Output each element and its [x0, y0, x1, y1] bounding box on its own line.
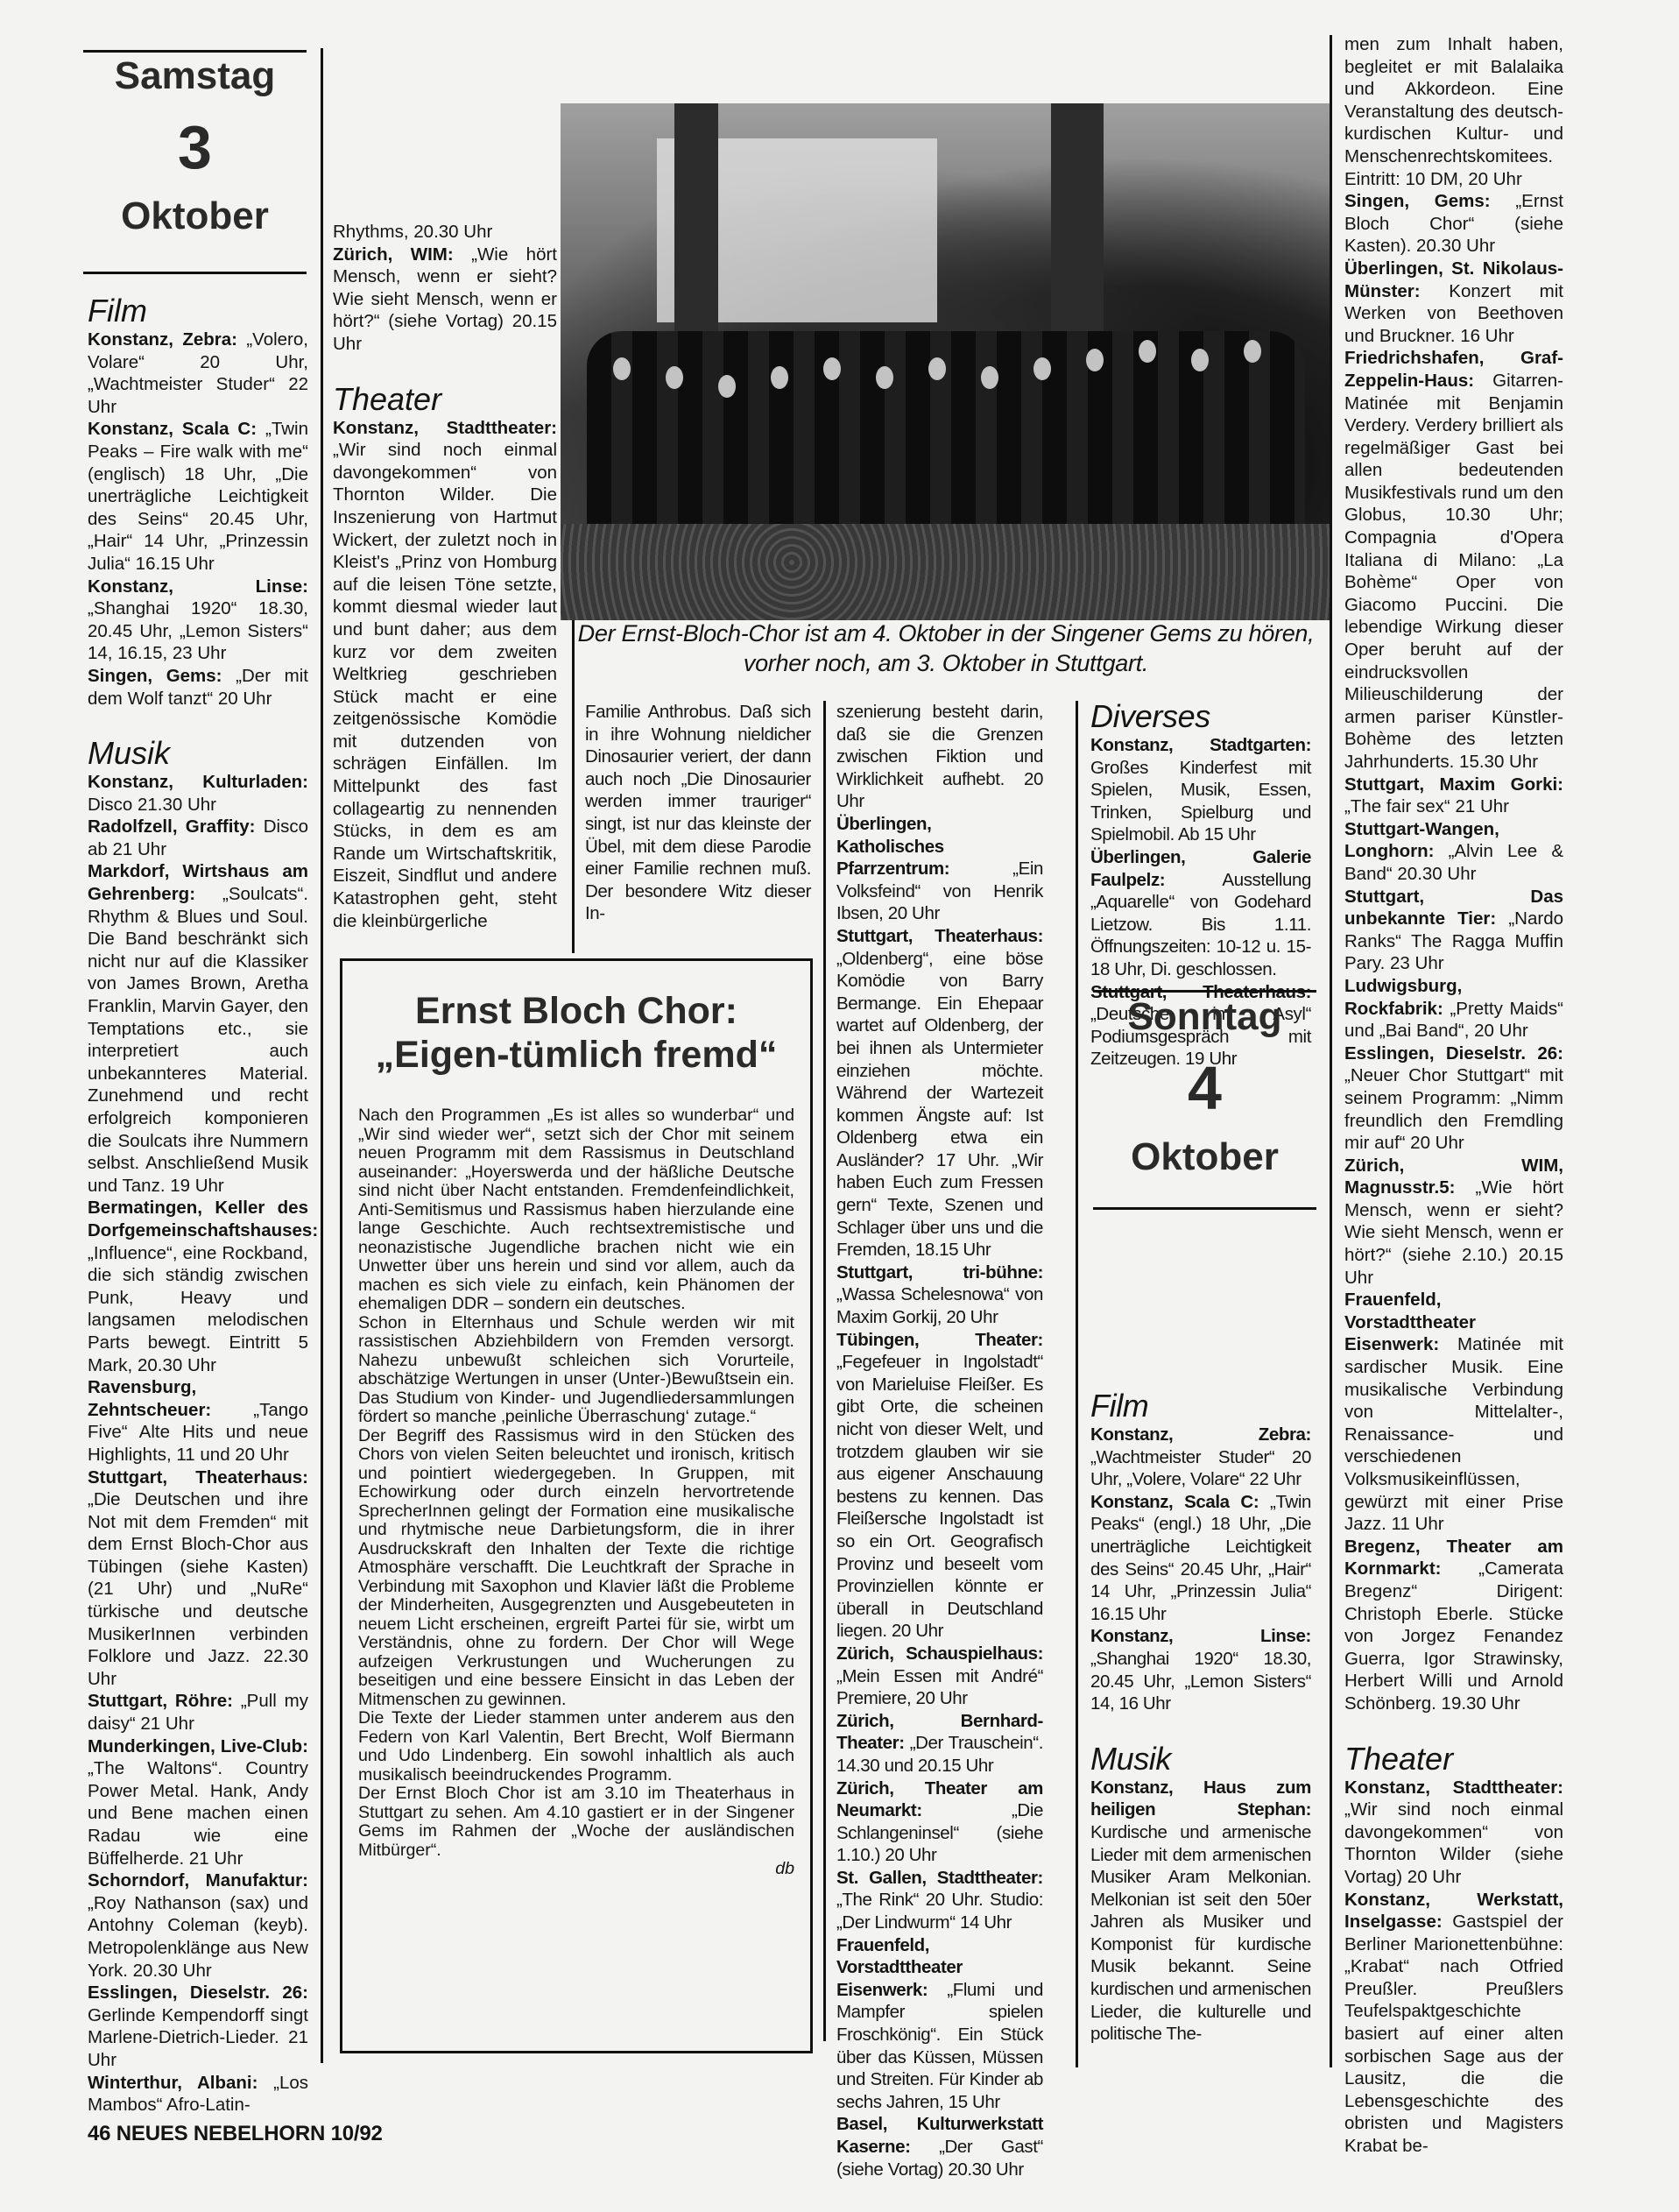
listing-entry: Konstanz, Linse: „Shanghai 1920“ 18.30, …	[1090, 1625, 1311, 1714]
photo-caption: Der Ernst-Bloch-Chor ist am 4. Oktober i…	[561, 618, 1331, 678]
column-1: Film Konstanz, Zebra: „Volero, Volare“ 2…	[88, 293, 308, 2117]
listing-entry: Ludwigsburg, Rockfabrik: „Pretty Maids“ …	[1344, 975, 1563, 1042]
listing-continuation: Familie Anthrobus. Daß sich in ihre Wohn…	[585, 701, 811, 925]
listing-entry: Bermatingen, Keller des Dorfgemeinschaft…	[88, 1197, 308, 1376]
author-signature: db	[358, 1860, 794, 1879]
listing-entry: Frauenfeld, Vorstadttheater Eisenwerk: „…	[836, 1934, 1043, 2114]
listing-entry: Stuttgart-Wangen, Longhorn: „Alvin Lee &…	[1344, 818, 1563, 886]
listing-entry: Munderkingen, Live-Club: „The Waltons“. …	[88, 1735, 308, 1870]
listing-entry: Schorndorf, Manufaktur: „Roy Nathanson (…	[88, 1869, 308, 1982]
section-film-sat: Film	[88, 293, 308, 329]
listing-entry: Zürich, Bernhard-Theater: „Der Trauschei…	[836, 1710, 1043, 1777]
listing-entry: Zürich, WIM, Magnusstr.5: „Wie hört Mens…	[1344, 1155, 1563, 1290]
listing-entry: Zürich, WIM: „Wie hört Mensch, wenn er s…	[333, 244, 557, 356]
listing-continuation: men zum Inhalt haben, begleitet er mit B…	[1344, 33, 1563, 190]
listing-entry: Konstanz, Werkstatt, Inselgasse: Gastspi…	[1344, 1889, 1563, 2158]
listing-entry: Frauenfeld, Vorstadttheater Eisenwerk: M…	[1344, 1289, 1563, 1536]
column-divider	[1076, 701, 1078, 2067]
day2-rule-top	[1093, 990, 1316, 993]
listing-entry: Radolfzell, Graffity: Disco ab 21 Uhr	[88, 816, 308, 860]
listing-entry: Winterthur, Albani: „Los Mambos“ Afro-La…	[88, 2072, 308, 2117]
listing-entry: Stuttgart, tri-bühne: „Wassa Schelesnowa…	[836, 1261, 1043, 1329]
day1-weekday: Samstag	[83, 54, 307, 98]
listing-entry: Zürich, Theater am Neumarkt: „Die Schlan…	[836, 1777, 1043, 1867]
listing-continuation: Rhythms, 20.30 Uhr	[333, 221, 557, 244]
listing-entry: Stuttgart, Röhre: „Pull my daisy“ 21 Uhr	[88, 1690, 308, 1735]
article-paragraph: Die Texte der Lieder stammen unter ander…	[358, 1709, 794, 1784]
day1-rule-top	[83, 50, 307, 53]
column-divider	[823, 701, 826, 2041]
listing-entry: Konstanz, Haus zum heiligen Stephan: Kur…	[1090, 1777, 1311, 2046]
listing-entry: Stuttgart, Maxim Gorki: „The fair sex“ 2…	[1344, 774, 1563, 818]
listing-entry: Markdorf, Wirtshaus am Gehrenberg: „Soul…	[88, 860, 308, 1197]
column-2: Rhythms, 20.30 Uhr Zürich, WIM: „Wie hör…	[333, 221, 557, 932]
listing-entry: Konstanz, Scala C: „Twin Peaks“ (engl.) …	[1090, 1491, 1311, 1626]
article-title: Ernst Bloch Chor: „Eigen-tümlich fremd“	[358, 989, 794, 1077]
article-paragraph: Der Ernst Bloch Chor ist am 3.10 im Thea…	[358, 1784, 794, 1860]
listing-entry: Singen, Gems: „Ernst Bloch Chor“ (siehe …	[1344, 190, 1563, 258]
article-paragraph: Nach den Programmen „Es ist alles so wun…	[358, 1106, 794, 1314]
day2-number: 4	[1093, 1053, 1316, 1123]
listing-entry: Ravensburg, Zehntscheuer: „Tango Five“ A…	[88, 1376, 308, 1466]
listing-entry: Konstanz, Kulturladen: Disco 21.30 Uhr	[88, 771, 308, 816]
article-box: Ernst Bloch Chor: „Eigen-tümlich fremd“ …	[340, 958, 813, 2053]
column-divider	[321, 48, 323, 2063]
section-film-sun: Film	[1090, 1389, 1311, 1424]
day2-header: Sonntag 4 Oktober	[1093, 995, 1316, 1179]
article-paragraph: Der Begriff des Rassismus wird in den St…	[358, 1427, 794, 1710]
listing-entry: Stuttgart, Theaterhaus: „Die Deutschen u…	[88, 1466, 308, 1691]
column-6: men zum Inhalt haben, begleitet er mit B…	[1344, 33, 1563, 2158]
listing-entry: Konstanz, Stadttheater: „Wir sind noch e…	[1344, 1777, 1563, 1889]
day2-month: Oktober	[1093, 1135, 1316, 1179]
listing-entry: Überlingen, St. Nikolaus-Münster: Konzer…	[1344, 258, 1563, 347]
section-theater-sat: Theater	[333, 382, 557, 417]
listing-entry: Bregenz, Theater am Kornmarkt: „Camerata…	[1344, 1536, 1563, 1715]
article-body: Nach den Programmen „Es ist alles so wun…	[358, 1106, 794, 1879]
column-divider	[1330, 35, 1332, 2067]
column-5-sunday: Film Konstanz, Zebra: „Wachtmeister Stud…	[1090, 1389, 1311, 2046]
listing-entry: Konstanz, Scala C: „Twin Peaks – Fire wa…	[88, 418, 308, 575]
listing-continuation: szenierung besteht darin, daß sie die Gr…	[836, 701, 1043, 813]
section-diverses: Diverses	[1090, 699, 1311, 734]
section-theater-sun: Theater	[1344, 1742, 1563, 1777]
column-3: Familie Anthrobus. Daß sich in ihre Wohn…	[585, 701, 811, 925]
day1-number: 3	[83, 112, 307, 182]
listing-entry: Zürich, Schauspielhaus: „Mein Essen mit …	[836, 1643, 1043, 1710]
day1-header: Samstag 3 Oktober	[83, 54, 307, 238]
listing-entry: Konstanz, Stadtgarten: Großes Kinderfest…	[1090, 734, 1311, 846]
section-musik-sun: Musik	[1090, 1742, 1311, 1777]
listing-entry: Esslingen, Dieselstr. 26: „Neuer Chor St…	[1344, 1042, 1563, 1155]
section-musik-sat: Musik	[88, 736, 308, 771]
listing-entry: Konstanz, Stadttheater: „Wir sind noch e…	[333, 417, 557, 933]
article-paragraph: Schon in Elternhaus und Schule werden wi…	[358, 1314, 794, 1427]
column-4: szenierung besteht darin, daß sie die Gr…	[836, 701, 1043, 2180]
listing-entry: Esslingen, Dieselstr. 26: Gerlinde Kempe…	[88, 1982, 308, 2071]
page-footer: 46 NEUES NEBELHORN 10/92	[88, 2122, 383, 2146]
listing-entry: Basel, Kulturwerkstatt Kaserne: „Der Gas…	[836, 2113, 1043, 2180]
listing-entry: Konstanz, Linse: „Shanghai 1920“ 18.30, …	[88, 576, 308, 665]
listing-entry: Stuttgart, Theaterhaus: „Oldenberg“, ein…	[836, 925, 1043, 1261]
day1-rule-bottom	[83, 272, 307, 274]
listing-entry: Überlingen, Galerie Faulpelz: Ausstellun…	[1090, 846, 1311, 981]
listing-entry: Singen, Gems: „Der mit dem Wolf tanzt“ 2…	[88, 665, 308, 710]
listing-entry: Tübingen, Theater: „Fegefeuer in Ingolst…	[836, 1329, 1043, 1643]
day2-weekday: Sonntag	[1093, 995, 1316, 1039]
listing-entry: Konstanz, Zebra: „Wachtmeister Studer“ 2…	[1090, 1424, 1311, 1491]
listing-entry: Konstanz, Zebra: „Volero, Volare“ 20 Uhr…	[88, 329, 308, 418]
listing-entry: Stuttgart, Das unbekannte Tier: „Nardo R…	[1344, 886, 1563, 975]
choir-photo	[561, 103, 1331, 620]
listing-entry: Friedrichshafen, Graf-Zeppelin-Haus: Git…	[1344, 347, 1563, 773]
day1-month: Oktober	[83, 194, 307, 238]
day2-rule-bottom	[1093, 1207, 1316, 1210]
listing-entry: St. Gallen, Stadttheater: „The Rink“ 20 …	[836, 1867, 1043, 1934]
listing-entry: Überlingen, Katholisches Pfarrzentrum: „…	[836, 813, 1043, 925]
